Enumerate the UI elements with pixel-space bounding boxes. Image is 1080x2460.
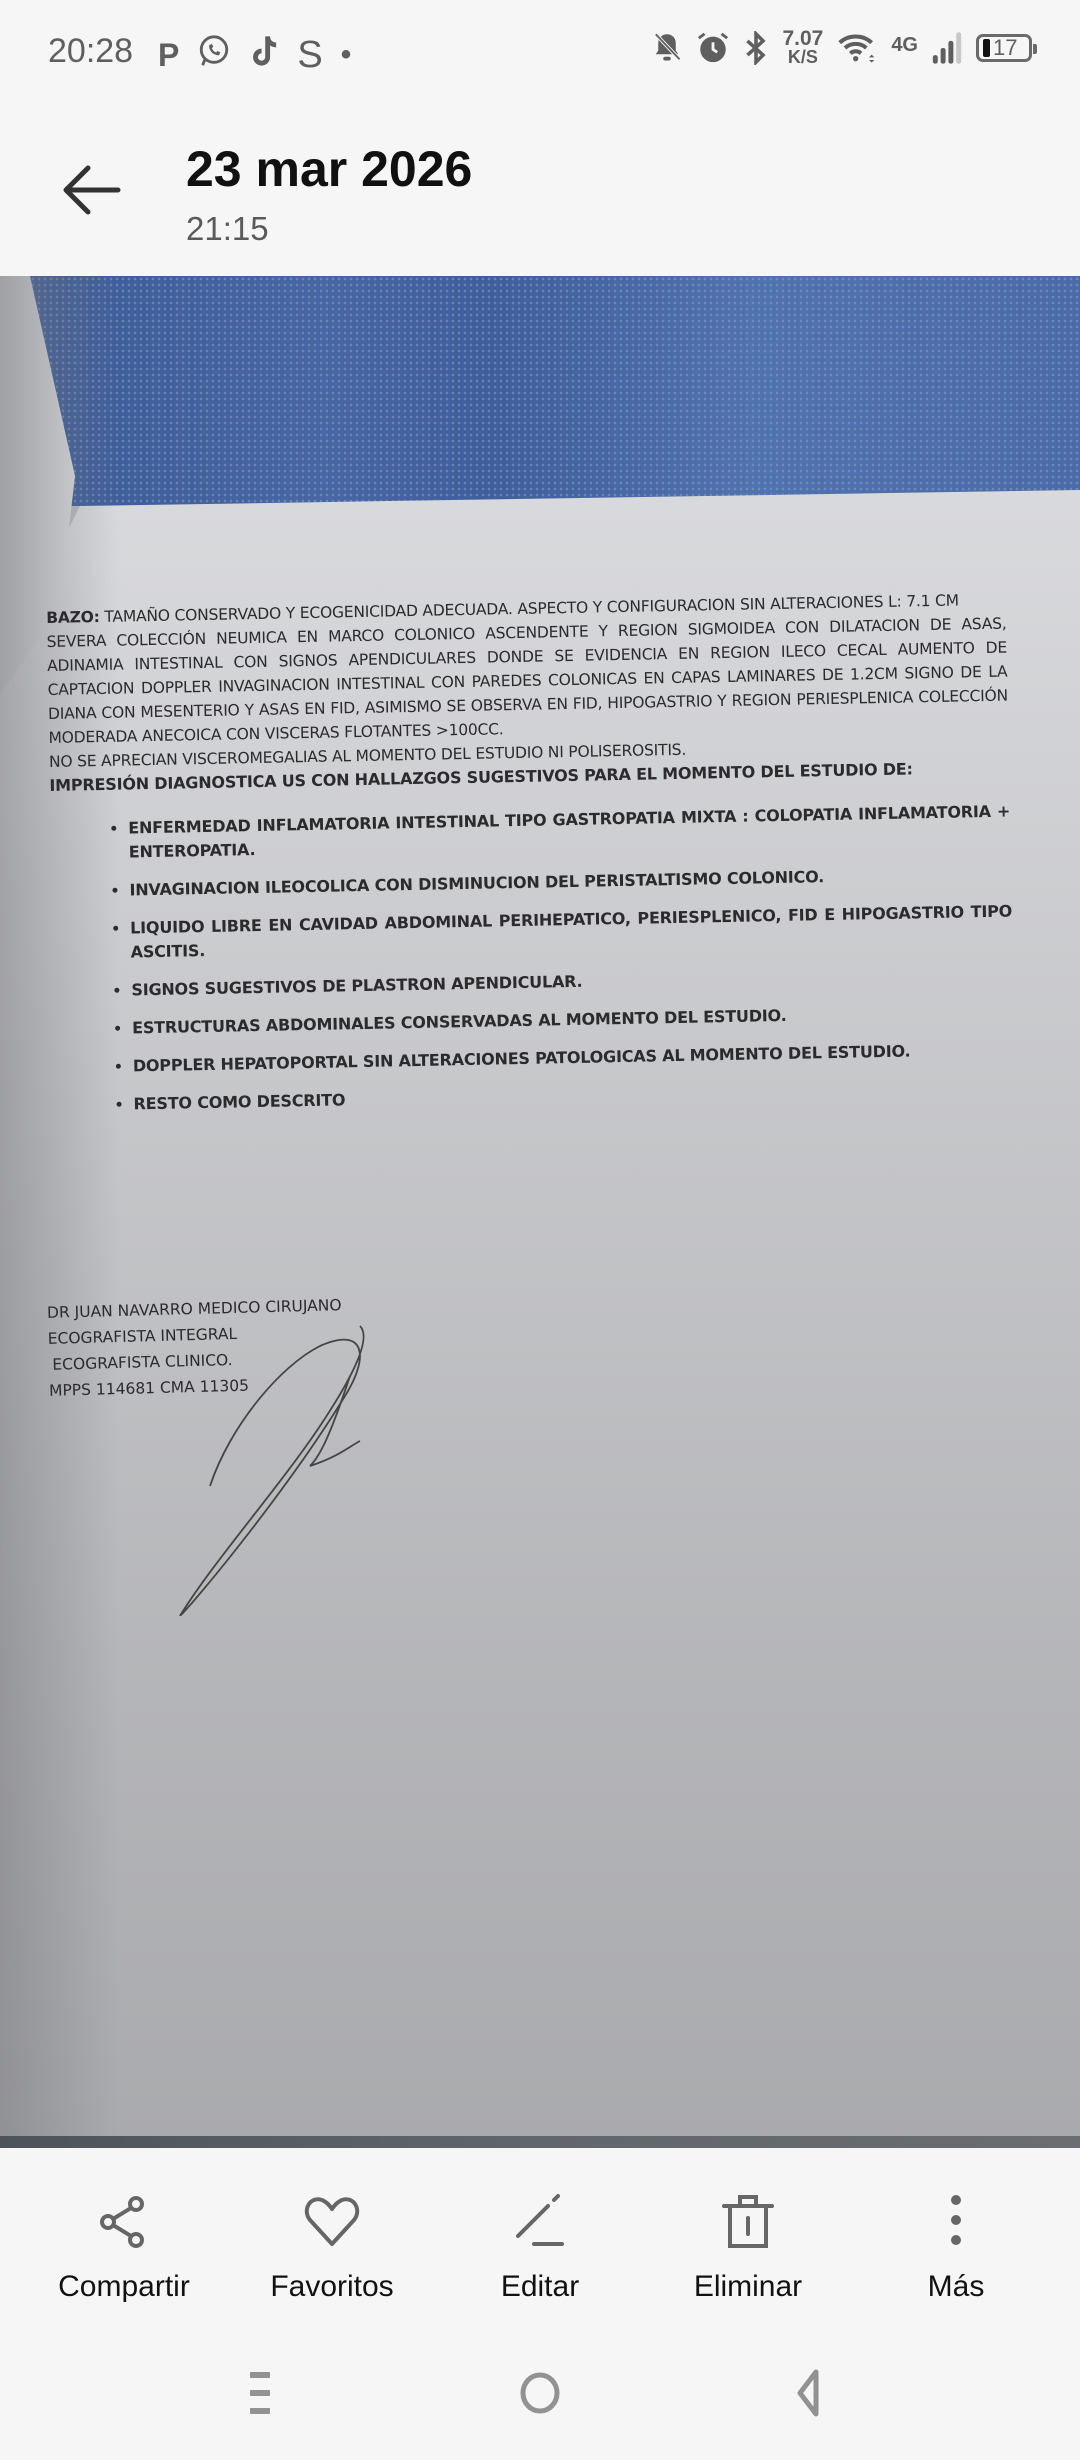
alarm-icon <box>696 31 730 65</box>
notification-icons: P S • <box>158 34 351 75</box>
dot-icon: • <box>341 37 352 73</box>
share-icon <box>94 2192 154 2252</box>
heart-icon <box>302 2192 362 2252</box>
tiktok-icon <box>249 34 279 75</box>
arrow-left-icon <box>60 160 130 220</box>
battery-icon: 17 <box>976 34 1032 62</box>
finding-item: RESTO COMO DESCRITO <box>133 1075 1015 1116</box>
more-vertical-icon <box>926 2192 986 2252</box>
whatsapp-icon <box>197 34 231 75</box>
bell-muted-icon <box>652 31 682 65</box>
s-app-icon: S <box>297 37 322 73</box>
finding-item: INVAGINACION ILEOCOLICA CON DISMINUCION … <box>129 862 1011 903</box>
viewer-header: 23 mar 2026 21:15 <box>0 110 1080 276</box>
photo-actions-bar: Compartir Favoritos Editar Eliminar Más <box>0 2162 1080 2322</box>
edit-button[interactable]: Editar <box>455 2162 625 2322</box>
finding-item: ESTRUCTURAS ABDOMINALES CONSERVADAS AL M… <box>132 999 1014 1040</box>
photo-date-title: 23 mar 2026 <box>186 140 472 198</box>
back-button[interactable] <box>60 160 130 220</box>
home-circle-icon <box>510 2362 570 2422</box>
finding-item: DOPPLER HEPATOPORTAL SIN ALTERACIONES PA… <box>133 1037 1015 1078</box>
report-paragraph: SEVERA COLECCIÓN NEUMICA EN MARCO COLONI… <box>46 612 1008 750</box>
signal-4g-label: 4G <box>891 34 918 57</box>
bluetooth-icon <box>744 31 768 65</box>
p-parking-icon: P <box>158 37 179 73</box>
finding-item: SIGNOS SUGESTIVOS DE PLASTRON APENDICULA… <box>131 962 1013 1003</box>
status-bar: 20:28 P S • 7.07 K/S 4G 17 <box>0 0 1080 110</box>
photo-time-subtitle: 21:15 <box>186 210 269 248</box>
status-time: 20:28 <box>48 32 133 71</box>
share-button[interactable]: Compartir <box>39 2162 209 2322</box>
signal-icon <box>932 31 962 65</box>
recents-menu-icon <box>240 2362 300 2422</box>
nav-back-button[interactable] <box>780 2362 840 2422</box>
delete-button[interactable]: Eliminar <box>663 2162 833 2322</box>
handwritten-signature <box>170 1316 410 1616</box>
more-button[interactable]: Más <box>871 2162 1041 2322</box>
finding-item: LIQUIDO LIBRE EN CAVIDAD ABDOMINAL PERIH… <box>130 900 1013 965</box>
finding-item: ENFERMEDAD INFLAMATORIA INTESTINAL TIPO … <box>128 800 1011 865</box>
network-speed: 7.07 K/S <box>782 30 823 66</box>
findings-list: ENFERMEDAD INFLAMATORIA INTESTINAL TIPO … <box>50 800 1016 1118</box>
wifi-icon <box>837 31 877 65</box>
system-navigation-bar <box>0 2322 1080 2460</box>
favorite-button[interactable]: Favoritos <box>247 2162 417 2322</box>
recents-button[interactable] <box>240 2362 300 2422</box>
system-icons: 7.07 K/S 4G 17 <box>652 30 1032 66</box>
trash-icon <box>718 2192 778 2252</box>
edit-icon <box>510 2192 570 2252</box>
home-button[interactable] <box>510 2362 570 2422</box>
blue-cloth-background <box>0 276 1080 506</box>
medical-report-text: BAZO: TAMAÑO CONSERVADO Y ECOGENICIDAD A… <box>46 588 1016 1132</box>
photo-viewer[interactable]: BAZO: TAMAÑO CONSERVADO Y ECOGENICIDAD A… <box>0 276 1080 2148</box>
back-triangle-icon <box>780 2362 840 2422</box>
